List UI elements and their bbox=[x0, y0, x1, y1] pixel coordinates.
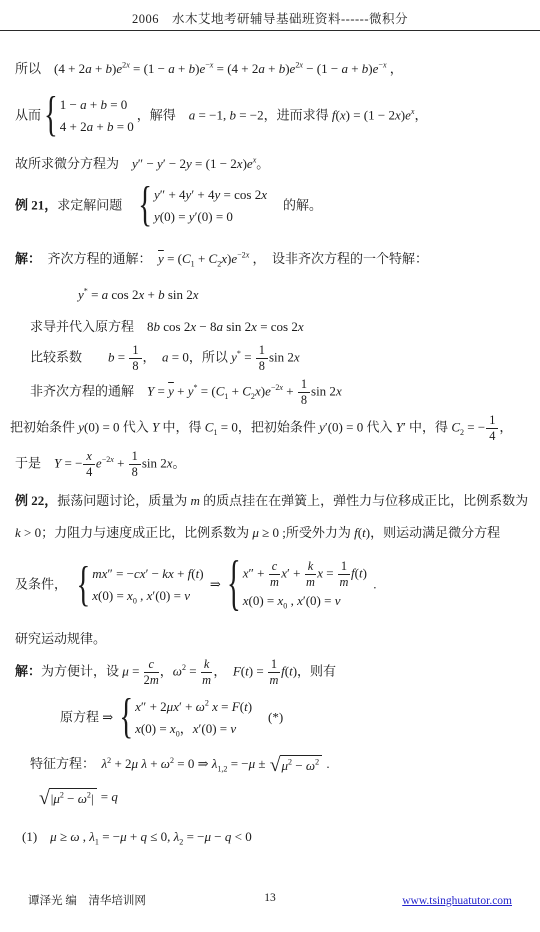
math-fraction: cm bbox=[269, 560, 280, 589]
radicand: |μ2 − ω2| bbox=[49, 788, 97, 808]
cases-row: x(0) = x0 , x′(0) = v bbox=[243, 592, 367, 611]
math-cases-system: {mx″ = −cx′ − kx + f(t)x(0) = x0 , x′(0)… bbox=[77, 565, 204, 606]
math-text: (0) = bbox=[160, 209, 189, 224]
solution-21-general-homog: 解： 齐次方程的通解： y = (C1 + C2x)e−2x ， 设非齐次方程的… bbox=[15, 250, 428, 268]
math-superscript: −x bbox=[378, 61, 386, 70]
math-variable: m bbox=[270, 575, 279, 589]
math-text: + bbox=[174, 566, 188, 581]
math-variable: c bbox=[272, 559, 277, 573]
math-text: ) bbox=[248, 699, 252, 714]
math-variable: q bbox=[111, 789, 118, 804]
math-text: − bbox=[292, 758, 306, 773]
math-text: ′(0) = bbox=[152, 588, 184, 603]
math-variable: C bbox=[451, 419, 460, 434]
math-variable: c bbox=[148, 657, 153, 671]
math-text: = − bbox=[61, 455, 82, 470]
cases-row: x″ + cmx′ + kmx = 1mf(t) bbox=[243, 560, 367, 589]
math-text: ± bbox=[255, 756, 269, 771]
math-square-root: √μ2 − ω2 bbox=[270, 755, 322, 775]
math-text: 从而 bbox=[15, 107, 41, 122]
math-text: ) = (1 − 2 bbox=[346, 107, 395, 122]
math-variable: v bbox=[184, 588, 190, 603]
math-text: (0) = bbox=[141, 721, 170, 736]
math-text: sin 2 bbox=[165, 287, 193, 302]
math-text: + bbox=[175, 61, 189, 76]
math-text: = bbox=[115, 349, 129, 364]
math-text: = 0 ⇒ bbox=[174, 756, 212, 771]
formula-line-resulting-ode: 故所求微分方程为 y″ − y′ − 2y = (1 − 2x)ex。 bbox=[15, 155, 269, 173]
math-text: 的质点挂在在弹簧上，弹性力与位移成正比，比例系数为 bbox=[200, 493, 528, 508]
math-variable: C bbox=[209, 251, 218, 266]
fraction-numerator: 1 bbox=[298, 378, 310, 393]
formula-case-1-roots: (1) μ ≥ ω , λ1 = −μ + q ≤ 0, λ2 = −μ − q… bbox=[22, 828, 252, 846]
math-variable: ω bbox=[161, 756, 170, 771]
math-variable: k bbox=[204, 657, 209, 671]
document-page: 2006 水木艾地考研辅导基础班资料------微积分 所以 (4 + 2a +… bbox=[0, 0, 540, 932]
math-text: , bbox=[287, 593, 297, 608]
fraction-denominator: 8 bbox=[256, 359, 268, 373]
math-text: 为方便计，设 bbox=[41, 663, 122, 678]
math-text: 特征方程： bbox=[30, 756, 102, 771]
math-subscript: 1,2 bbox=[217, 765, 227, 774]
math-variable: k bbox=[308, 559, 313, 573]
bold-label: 解： bbox=[15, 663, 41, 678]
math-text: − bbox=[211, 829, 225, 844]
math-text: + bbox=[265, 61, 279, 76]
text-study-motion: 研究运动规律。 bbox=[15, 630, 106, 648]
math-text: + bbox=[283, 383, 297, 398]
cases-rows: 1 − a + b = 04 + 2a + b = 0 bbox=[60, 96, 134, 137]
left-curly-brace: { bbox=[227, 558, 241, 613]
cases-row: x(0) = x0，x′(0) = v bbox=[135, 720, 252, 739]
math-text: , bbox=[80, 829, 90, 844]
formula-general-solution: 非齐次方程的通解 Y = y + y* = (C1 + C2x)e−2x + 1… bbox=[30, 378, 342, 407]
formula-substitute: 求导并代入原方程 8b cos 2x − 8a sin 2x = cos 2x bbox=[30, 318, 304, 336]
math-text: 故所求微分方程为 bbox=[15, 156, 132, 171]
math-text: = −2，进而求得 bbox=[236, 107, 332, 122]
math-text: + 2 bbox=[111, 756, 131, 771]
math-text: − 8 bbox=[196, 319, 216, 334]
math-text: = bbox=[186, 663, 200, 678]
cases-rows: x″ + cmx′ + kmx = 1mf(t)x(0) = x0 , x′(0… bbox=[243, 560, 367, 611]
math-text: sin 2 bbox=[269, 349, 294, 364]
radicand: μ2 − ω2 bbox=[280, 755, 323, 775]
solution-22-substitutions: 解：为方便计，设 μ = c2m，ω2 = km， F(t) = 1mf(t)，… bbox=[15, 658, 336, 687]
cases-rows: y″ + 4y′ + 4y = cos 2xy(0) = y′(0) = 0 bbox=[154, 186, 267, 227]
cases-row: 4 + 2a + b = 0 bbox=[60, 118, 134, 137]
math-text: ′ − bbox=[146, 566, 163, 581]
math-variable: Y bbox=[396, 419, 403, 434]
math-text: ，解得 bbox=[137, 107, 189, 122]
bold-label: 例 22， bbox=[15, 493, 57, 508]
math-variable: m bbox=[191, 493, 200, 508]
page-number: 13 bbox=[264, 892, 276, 904]
math-variable: m bbox=[92, 566, 101, 581]
math-text: )，则有 bbox=[293, 663, 336, 678]
math-text: = bbox=[241, 349, 255, 364]
fraction-numerator: 1 bbox=[256, 344, 268, 359]
math-text: 2 bbox=[315, 758, 319, 767]
formula-particular-guess: y* = a cos 2x + b sin 2x bbox=[78, 286, 199, 304]
math-text: (0) = bbox=[249, 593, 278, 608]
fraction-numerator: 1 bbox=[129, 344, 141, 359]
math-text: 8 bbox=[259, 359, 265, 373]
math-text: ， bbox=[180, 721, 193, 736]
math-variable: x bbox=[294, 349, 300, 364]
cases-row: mx″ = −cx′ − kx + f(t) bbox=[92, 565, 203, 584]
math-fraction: 1m bbox=[338, 560, 350, 589]
fraction-numerator: k bbox=[305, 560, 316, 575]
math-variable: m bbox=[339, 575, 348, 589]
math-text: ≥ 0 ;所受外力为 bbox=[259, 525, 354, 540]
cases-row: 1 − a + b = 0 bbox=[60, 96, 134, 115]
math-text: + bbox=[127, 829, 141, 844]
left-curly-brace: { bbox=[77, 563, 91, 607]
math-text: ， bbox=[160, 663, 173, 678]
fraction-numerator: 1 bbox=[129, 450, 141, 465]
math-text: (0) = 0 代入 bbox=[84, 419, 152, 434]
formula-transformed-system: 原方程 ⇒ {x″ + 2μx′ + ω2 x = F(t)x(0) = x0，… bbox=[60, 698, 283, 739]
fraction-numerator: c bbox=[269, 560, 280, 575]
footer-author: 谭泽光 编 清华培训网 bbox=[28, 892, 146, 908]
header-title: 2006 水木艾地考研辅导基础班资料------微积分 bbox=[132, 12, 408, 26]
math-text: ″ = − bbox=[107, 566, 134, 581]
math-fraction: 18 bbox=[129, 344, 141, 373]
math-superscript: −2x bbox=[237, 251, 249, 260]
cases-rows: mx″ = −cx′ − kx + f(t)x(0) = x0 , x′(0) … bbox=[92, 565, 203, 606]
math-variable: x bbox=[86, 449, 91, 463]
math-fraction: 14 bbox=[486, 414, 498, 443]
math-text: = ( bbox=[164, 251, 182, 266]
footer-link[interactable]: www.tsinghuatutor.com bbox=[402, 895, 512, 907]
math-text: = − bbox=[99, 829, 120, 844]
math-text: = (1 − 2 bbox=[192, 156, 237, 171]
math-text: = −1, bbox=[195, 107, 229, 122]
math-text: 1 − bbox=[60, 97, 80, 112]
example-21-problem: 例 21，求定解问题 {y″ + 4y′ + 4y = cos 2xy(0) =… bbox=[15, 186, 322, 227]
math-cases-system: {1 − a + b = 04 + 2a + b = 0 bbox=[44, 96, 134, 137]
math-text: ， bbox=[499, 419, 512, 434]
math-text: (*) bbox=[255, 709, 283, 724]
math-text: ) bbox=[363, 565, 367, 580]
math-fraction: 18 bbox=[298, 378, 310, 407]
math-text: = bbox=[129, 663, 143, 678]
math-fraction: 18 bbox=[256, 344, 268, 373]
math-text: 于是 bbox=[15, 455, 54, 470]
math-text: 1 bbox=[341, 559, 347, 573]
math-text: ≤ 0, bbox=[147, 829, 174, 844]
math-text: 求定解问题 bbox=[57, 197, 135, 212]
math-text: ′(0) = 0 bbox=[195, 209, 233, 224]
fraction-numerator: 1 bbox=[338, 560, 350, 575]
math-text: ′ + 4 bbox=[191, 187, 214, 202]
math-fraction: x4 bbox=[83, 450, 94, 479]
math-variable: ω bbox=[173, 663, 182, 678]
math-text: ″ + 2 bbox=[141, 699, 167, 714]
math-text: ， bbox=[387, 61, 403, 76]
math-text: cos 2 bbox=[160, 319, 190, 334]
math-text: 1 bbox=[301, 377, 307, 391]
math-text: = (4 + 2 bbox=[213, 61, 258, 76]
fraction-denominator: 4 bbox=[486, 429, 498, 443]
left-curly-brace: { bbox=[44, 94, 58, 138]
math-fraction: km bbox=[201, 658, 212, 687]
cases-row: x(0) = x0 , x′(0) = v bbox=[92, 587, 203, 606]
math-text: 齐次方程的通解： bbox=[35, 251, 159, 266]
math-text: = cos 2 bbox=[220, 187, 261, 202]
math-variable: x bbox=[261, 187, 267, 202]
math-square-root: √|μ2 − ω2| bbox=[39, 788, 97, 808]
math-text: = cos 2 bbox=[257, 319, 298, 334]
math-variable: C bbox=[242, 383, 251, 398]
formula-compare-coefficients: 比较系数 b = 18， a = 0，所以 y* = 18sin 2x bbox=[30, 344, 300, 373]
cases-row: y″ + 4y′ + 4y = cos 2x bbox=[154, 186, 267, 205]
formula-final-solution-21: 于是 Y = −x4e−2x + 18sin 2x。 bbox=[15, 450, 186, 479]
page-header: 2006 水木艾地考研辅导基础班资料------微积分 bbox=[0, 9, 540, 27]
math-text: ′ − 2 bbox=[163, 156, 186, 171]
math-text: (4 + 2 bbox=[54, 61, 85, 76]
math-text: + bbox=[147, 756, 161, 771]
math-text: 求导并代入原方程 8 bbox=[30, 319, 154, 334]
math-text: = 0 bbox=[113, 119, 133, 134]
math-text: ″ + bbox=[249, 565, 268, 580]
math-text: + bbox=[87, 97, 101, 112]
math-variable: ω bbox=[78, 791, 87, 806]
math-text: 非齐次方程的通解 bbox=[30, 383, 147, 398]
math-variable: F bbox=[233, 663, 241, 678]
math-text: = 0，所以 bbox=[169, 349, 232, 364]
math-text: 。 bbox=[173, 455, 186, 470]
math-text: | bbox=[91, 791, 94, 806]
math-text: 中，得 bbox=[159, 419, 205, 434]
math-text: ≥ bbox=[57, 829, 71, 844]
fraction-numerator: 1 bbox=[486, 414, 498, 429]
math-text: 及条件， bbox=[15, 576, 74, 591]
cases-row: y(0) = y′(0) = 0 bbox=[154, 208, 267, 227]
math-text: 研究运动规律。 bbox=[15, 631, 106, 646]
math-text: ′ 中，得 bbox=[403, 419, 451, 434]
math-text: ) bbox=[199, 566, 203, 581]
math-text: − (1 − bbox=[303, 61, 342, 76]
math-text: 8 bbox=[301, 393, 307, 407]
math-text: ， bbox=[143, 349, 163, 364]
math-text: ， 设非齐次方程的一个特解： bbox=[249, 251, 428, 266]
math-text: = bbox=[88, 287, 102, 302]
fraction-denominator: m bbox=[338, 575, 350, 589]
math-text: 所以 bbox=[15, 61, 54, 76]
math-cases-system: {x″ + 2μx′ + ω2 x = F(t)x(0) = x0，x′(0) … bbox=[119, 698, 252, 739]
math-text: 原方程 ⇒ bbox=[60, 709, 116, 724]
math-text: 1 bbox=[271, 657, 277, 671]
math-text: −2 bbox=[237, 251, 246, 260]
math-text: + bbox=[195, 251, 209, 266]
math-variable: x bbox=[336, 383, 342, 398]
math-text: + bbox=[114, 455, 128, 470]
math-text: 把初始条件 bbox=[10, 419, 78, 434]
fraction-denominator: 8 bbox=[129, 359, 141, 373]
example-22-text-line-2: k > 0；力阻力与速度成正比，比例系数为 μ ≥ 0 ;所受外力为 f(t)，… bbox=[15, 524, 500, 542]
math-text: 4 bbox=[489, 429, 495, 443]
math-text: ， bbox=[414, 107, 427, 122]
math-superscript: −2x bbox=[102, 455, 114, 464]
math-text: ′(0) = 0 代入 bbox=[325, 419, 396, 434]
fraction-numerator: c bbox=[144, 658, 159, 673]
math-text: ′(0) = bbox=[303, 593, 335, 608]
fraction-numerator: x bbox=[83, 450, 94, 465]
math-text: ″ + 4 bbox=[160, 187, 186, 202]
math-text: ) = bbox=[249, 663, 267, 678]
math-fraction: km bbox=[305, 560, 316, 589]
math-text: = ( bbox=[198, 383, 216, 398]
math-cases-system: {y″ + 4y′ + 4y = cos 2xy(0) = y′(0) = 0 bbox=[138, 186, 267, 227]
fraction-denominator: m bbox=[201, 673, 212, 687]
math-text: 振荡问题讨论，质量为 bbox=[57, 493, 190, 508]
formula-characteristic-eq: 特征方程： λ2 + 2μ λ + ω2 = 0 ⇒ λ1,2 = −μ ± √… bbox=[30, 755, 330, 775]
math-text: sin 2 bbox=[223, 319, 251, 334]
bold-label: 解： bbox=[15, 251, 35, 266]
math-text: + bbox=[144, 287, 158, 302]
math-cases-system: {x″ + cmx′ + kmx = 1mf(t)x(0) = x0 , x′(… bbox=[227, 560, 367, 611]
math-text: = bbox=[154, 383, 168, 398]
fraction-numerator: 1 bbox=[268, 658, 280, 673]
math-variable: v bbox=[230, 721, 236, 736]
math-text: . bbox=[323, 756, 330, 771]
math-superscript: 2x bbox=[295, 61, 303, 70]
math-text: 。 bbox=[256, 156, 269, 171]
math-text: 1 bbox=[132, 343, 138, 357]
math-text: ′ + bbox=[179, 699, 196, 714]
fraction-denominator: 4 bbox=[83, 465, 94, 479]
math-text: = − bbox=[183, 829, 204, 844]
math-text: = bbox=[323, 565, 337, 580]
fraction-denominator: m bbox=[305, 575, 316, 589]
math-text: . bbox=[370, 576, 377, 591]
formula-initial-conditions: 把初始条件 y(0) = 0 代入 Y 中，得 C1 = 0，把初始条件 y′(… bbox=[10, 414, 512, 443]
math-text: 的解。 bbox=[270, 197, 322, 212]
math-fraction: c2m bbox=[144, 658, 159, 687]
math-text: > 0；力阻力与速度成正比，比例系数为 bbox=[21, 525, 253, 540]
math-variable: m bbox=[150, 673, 159, 687]
fraction-numerator: k bbox=[201, 658, 212, 673]
math-text: < 0 bbox=[231, 829, 251, 844]
cases-rows: x″ + 2μx′ + ω2 x = F(t)x(0) = x0，x′(0) =… bbox=[135, 698, 252, 739]
math-text: + bbox=[174, 383, 188, 398]
math-variable: x bbox=[193, 287, 199, 302]
fraction-denominator: 8 bbox=[298, 393, 310, 407]
math-text: sin 2 bbox=[142, 455, 167, 470]
math-text: sin 2 bbox=[311, 383, 336, 398]
math-text: = bbox=[98, 789, 112, 804]
formula-line-system-solve: 从而{1 − a + b = 04 + 2a + b = 0，解得 a = −1… bbox=[15, 96, 427, 137]
math-text: + bbox=[92, 61, 106, 76]
math-text: 1,2 bbox=[217, 765, 227, 774]
math-text: + bbox=[93, 119, 107, 134]
math-variable: ω bbox=[196, 699, 205, 714]
bold-label: 例 21， bbox=[15, 197, 57, 212]
math-text: ″ − bbox=[138, 156, 157, 171]
page-footer: 谭泽光 编 清华培训网 13 www.tsinghuatutor.com bbox=[28, 892, 512, 908]
math-text: 8 bbox=[132, 359, 138, 373]
example-22-text-line-1: 例 22，振荡问题讨论，质量为 m 的质点挂在在弹簧上，弹性力与位移成正比，比例… bbox=[15, 492, 528, 510]
math-text: ′ + bbox=[287, 565, 304, 580]
header-rule bbox=[0, 30, 540, 31]
left-curly-brace: { bbox=[119, 696, 133, 740]
math-text: 1 bbox=[132, 449, 138, 463]
math-text: + bbox=[228, 383, 242, 398]
math-text: ′(0) = bbox=[199, 721, 231, 736]
math-fraction: 1m bbox=[268, 658, 280, 687]
left-curly-brace: { bbox=[138, 184, 152, 228]
formula-line-conclusion-exp: 所以 (4 + 2a + b)e2x = (1 − a + b)e−x = (4… bbox=[15, 60, 403, 78]
math-superscript: −2x bbox=[271, 383, 283, 392]
math-text: , bbox=[137, 588, 147, 603]
math-text: = 0 bbox=[107, 97, 127, 112]
math-text: )，则运动满足微分方程 bbox=[366, 525, 500, 540]
math-variable: v bbox=[335, 593, 341, 608]
formula-sqrt-q-definition: √|μ2 − ω2| = q bbox=[38, 788, 118, 808]
formula-motion-systems: 及条件， {mx″ = −cx′ − kx + f(t)x(0) = x0 , … bbox=[15, 560, 376, 611]
math-variable: x bbox=[298, 319, 304, 334]
math-text: = (1 − bbox=[130, 61, 169, 76]
math-text: + bbox=[348, 61, 362, 76]
math-variable: m bbox=[306, 575, 315, 589]
math-text: = 0，把初始条件 bbox=[218, 419, 320, 434]
math-variable: ω bbox=[306, 758, 315, 773]
math-variable: m bbox=[202, 673, 211, 687]
math-text: ⇒ bbox=[207, 576, 224, 591]
math-text: 4 + 2 bbox=[60, 119, 87, 134]
math-variable: F bbox=[232, 699, 240, 714]
math-variable: C bbox=[182, 251, 191, 266]
math-text: cos 2 bbox=[108, 287, 138, 302]
math-text: 1 bbox=[259, 343, 265, 357]
math-superscript: 2 bbox=[315, 758, 319, 767]
math-variable: ω bbox=[70, 829, 79, 844]
fraction-denominator: m bbox=[268, 673, 280, 687]
fraction-denominator: m bbox=[269, 575, 280, 589]
math-fraction: 18 bbox=[129, 450, 141, 479]
math-text: = − bbox=[227, 756, 248, 771]
math-text: 4 bbox=[86, 465, 92, 479]
math-text: (1) bbox=[22, 829, 50, 844]
math-text: (0) = bbox=[98, 588, 127, 603]
math-variable: m bbox=[270, 673, 279, 687]
math-text: ， bbox=[213, 663, 233, 678]
math-superscript: 2x bbox=[122, 61, 130, 70]
math-text: = − bbox=[464, 419, 485, 434]
math-text: − bbox=[64, 791, 78, 806]
math-text: 1 bbox=[489, 413, 495, 427]
fraction-denominator: 2m bbox=[144, 673, 159, 687]
math-text: 8 bbox=[132, 465, 138, 479]
cases-row: x″ + 2μx′ + ω2 x = F(t) bbox=[135, 698, 252, 717]
math-text: = bbox=[218, 699, 232, 714]
math-text: 比较系数 bbox=[30, 349, 108, 364]
fraction-denominator: 8 bbox=[129, 465, 141, 479]
math-text: −2 bbox=[102, 455, 111, 464]
